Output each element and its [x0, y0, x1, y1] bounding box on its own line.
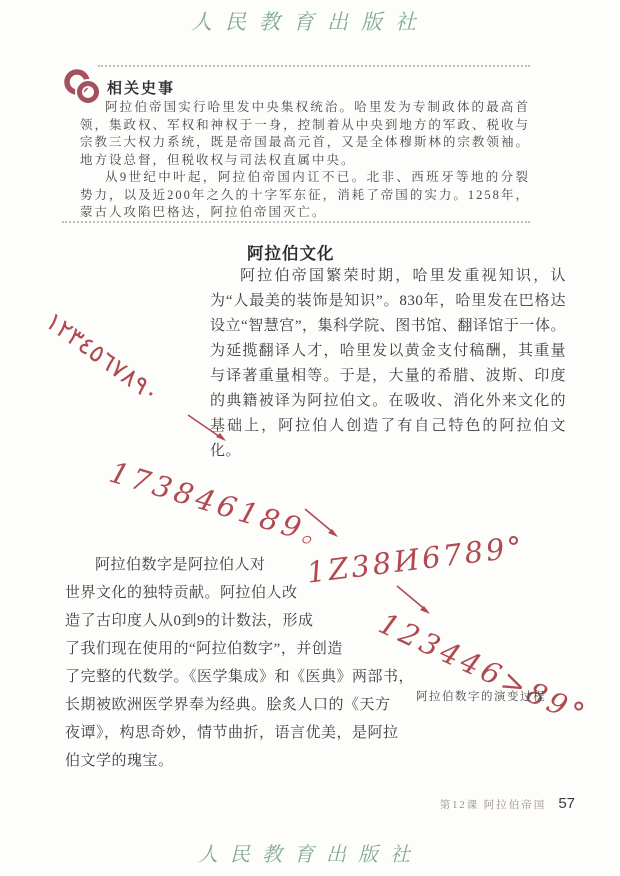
paragraph-line: 了完整的代数学。《医学集成》和《医典》两部书， — [65, 663, 425, 691]
history-box-paragraph: 从9世纪中叶起，阿拉伯帝国内讧不已。北非、西班牙等地的分裂势力，以及近200年之… — [80, 169, 530, 222]
numeral-row-eastern-arabic: ١٢٣٤٥٦٧٨٩٠ — [40, 306, 166, 408]
numerals-paragraph: 阿拉伯数字是阿拉伯人对 世界文化的独特贡献。阿拉伯人改 造了古印度人从0到9的计… — [65, 551, 425, 775]
publisher-watermark-top: 人民教育出版社 — [0, 6, 620, 36]
dotted-divider-bottom — [62, 221, 530, 223]
paragraph-line: 造了古印度人从0到9的计数法，形成 — [65, 607, 425, 635]
page-number: 57 — [558, 795, 575, 812]
history-box-title: 相关史事 — [107, 77, 175, 98]
page-footer: 第12课 阿拉伯帝国 57 — [440, 795, 575, 812]
publisher-watermark-bottom: 人民教育出版社 — [0, 838, 620, 867]
arrow-down-right-icon — [185, 412, 231, 451]
dotted-divider-top — [98, 65, 530, 67]
textbook-page: 人民教育出版社 相关史事 阿拉伯帝国实行哈里发中央集权统治。哈里发为专制政体的最… — [0, 0, 620, 876]
paragraph-line: 夜谭》，构思奇妙，情节曲折，语言优美，是阿拉 — [65, 719, 425, 747]
history-box-paragraph: 阿拉伯帝国实行哈里发中央集权统治。哈里发为专制政体的最高首领，集政权、军权和神权… — [80, 99, 530, 169]
paragraph-line: 了我们现在使用的“阿拉伯数字”，并创造 — [65, 635, 425, 663]
paragraph-line: 长期被欧洲医学界奉为经典。脍炙人口的《天方 — [65, 691, 425, 719]
section-title: 阿拉伯文化 — [247, 240, 335, 264]
paragraph-line: 世界文化的独特贡献。阿拉伯人改 — [65, 579, 425, 607]
history-box-text: 阿拉伯帝国实行哈里发中央集权统治。哈里发为专制政体的最高首领，集政权、军权和神权… — [80, 99, 530, 222]
lesson-label: 第12课 阿拉伯帝国 — [440, 797, 547, 812]
arrow-down-right-icon — [302, 506, 344, 547]
section-body-text: 阿拉伯帝国繁荣时期，哈里发重视知识，认为“人最美的装饰是知识”。830年，哈里发… — [210, 264, 566, 464]
figure-caption: 阿拉伯数字的演变过程 — [416, 688, 546, 704]
paragraph-line: 伯文学的瑰宝。 — [65, 747, 425, 775]
